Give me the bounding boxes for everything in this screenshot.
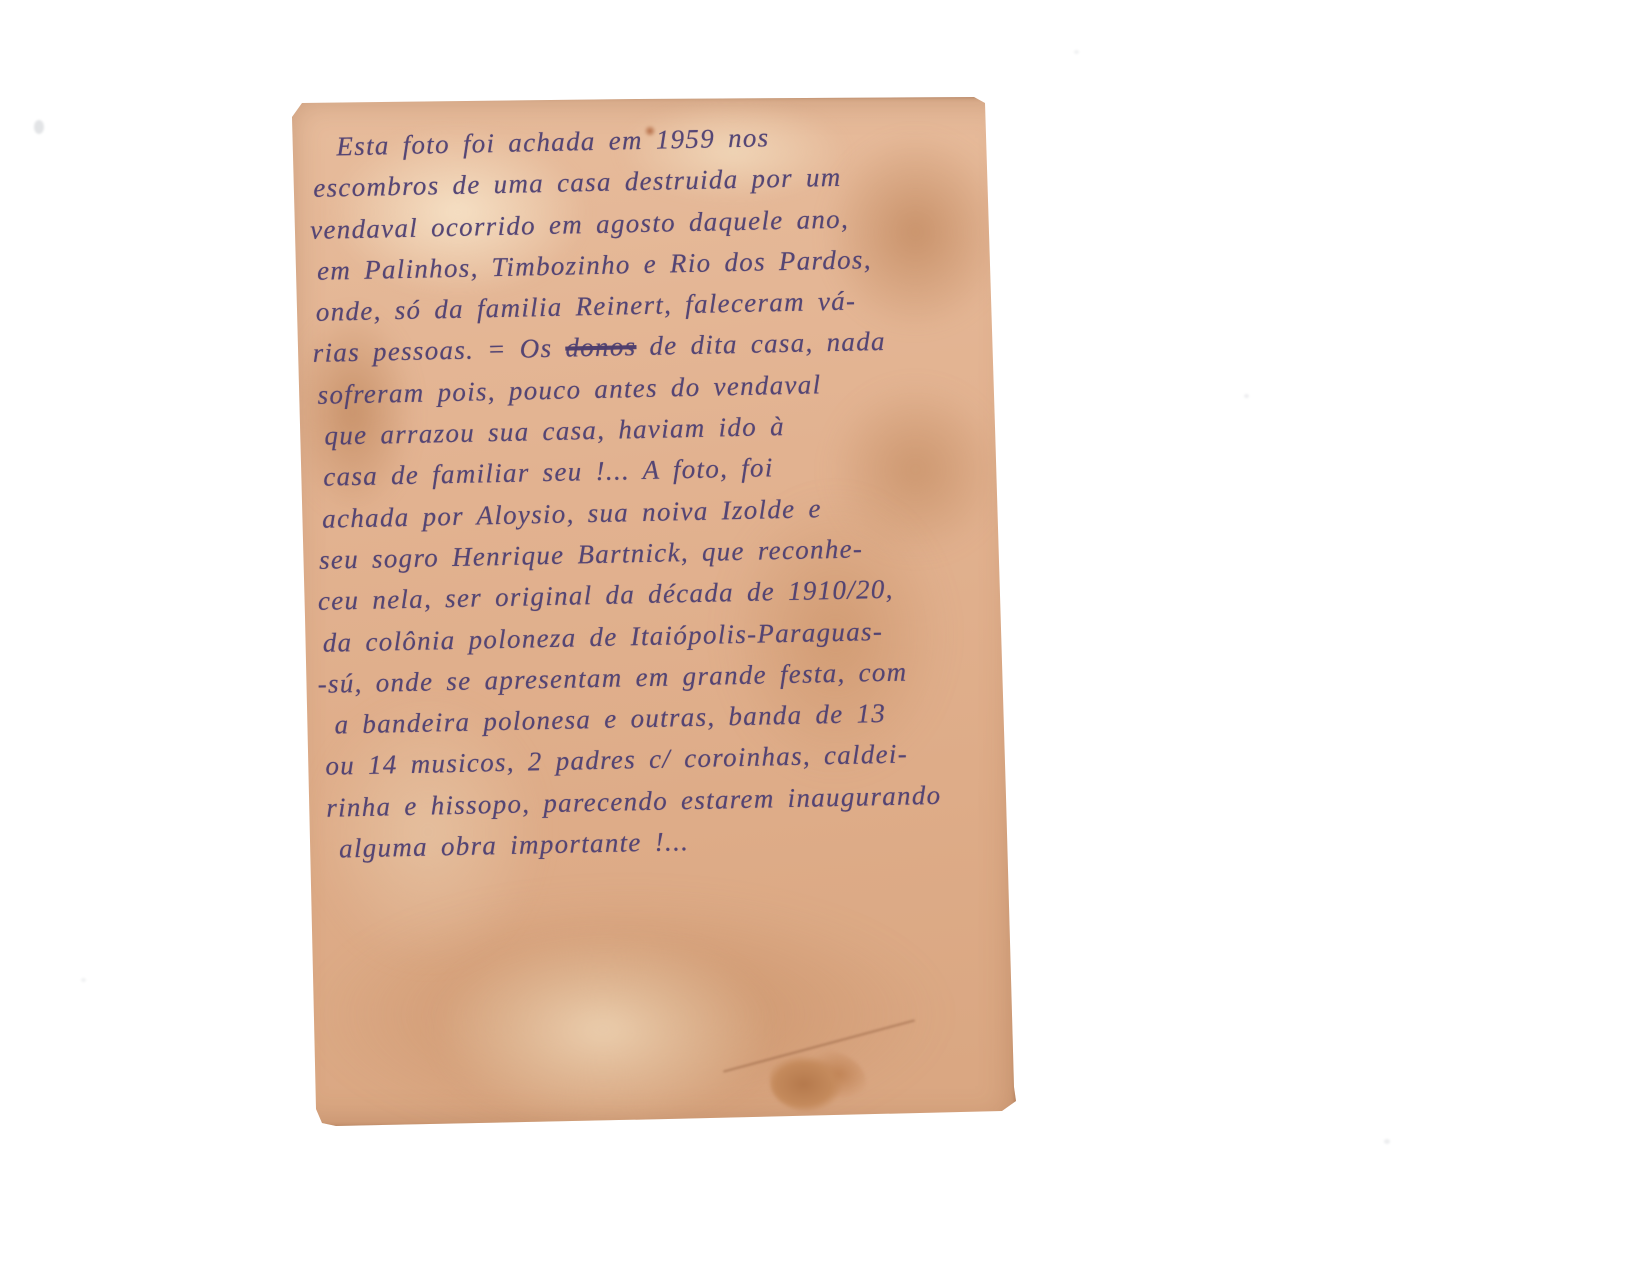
scanner-speck — [1074, 50, 1079, 54]
scanner-speck — [81, 978, 86, 982]
line-text-before-strike: rias pessoas. = Os — [312, 333, 565, 368]
postcard-paper: Esta foto foi achada em 1959 nos escombr… — [288, 97, 1016, 1127]
scanner-speck — [1384, 1139, 1390, 1144]
handwriting-block: Esta foto foi achada em 1959 nos escombr… — [306, 113, 993, 870]
struck-word: donos — [565, 332, 637, 363]
stain-light-bottom-core — [433, 932, 773, 1127]
scan-background: Esta foto foi achada em 1959 nos escombr… — [0, 0, 1647, 1275]
scanner-speck — [34, 120, 44, 134]
scanner-speck — [1244, 394, 1249, 398]
paper-left-edge-shadow — [290, 267, 294, 1125]
damaged-torn-spot — [770, 1049, 866, 1113]
line-text-after-strike: de dita casa, nada — [636, 326, 886, 361]
